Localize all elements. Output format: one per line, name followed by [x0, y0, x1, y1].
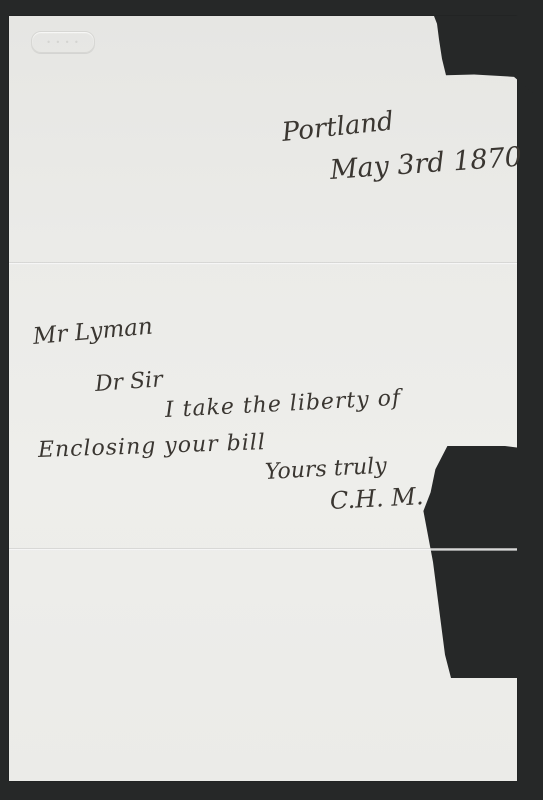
- fold-line-lower: [9, 548, 517, 551]
- embossed-stamp: • • • •: [31, 31, 95, 53]
- torn-corner: [434, 16, 534, 94]
- fold-line-upper: [9, 262, 517, 265]
- letter-signature: C.H. M.: [329, 482, 424, 515]
- torn-edge: [421, 446, 541, 678]
- letter-greeting: Dr Sir: [94, 367, 163, 397]
